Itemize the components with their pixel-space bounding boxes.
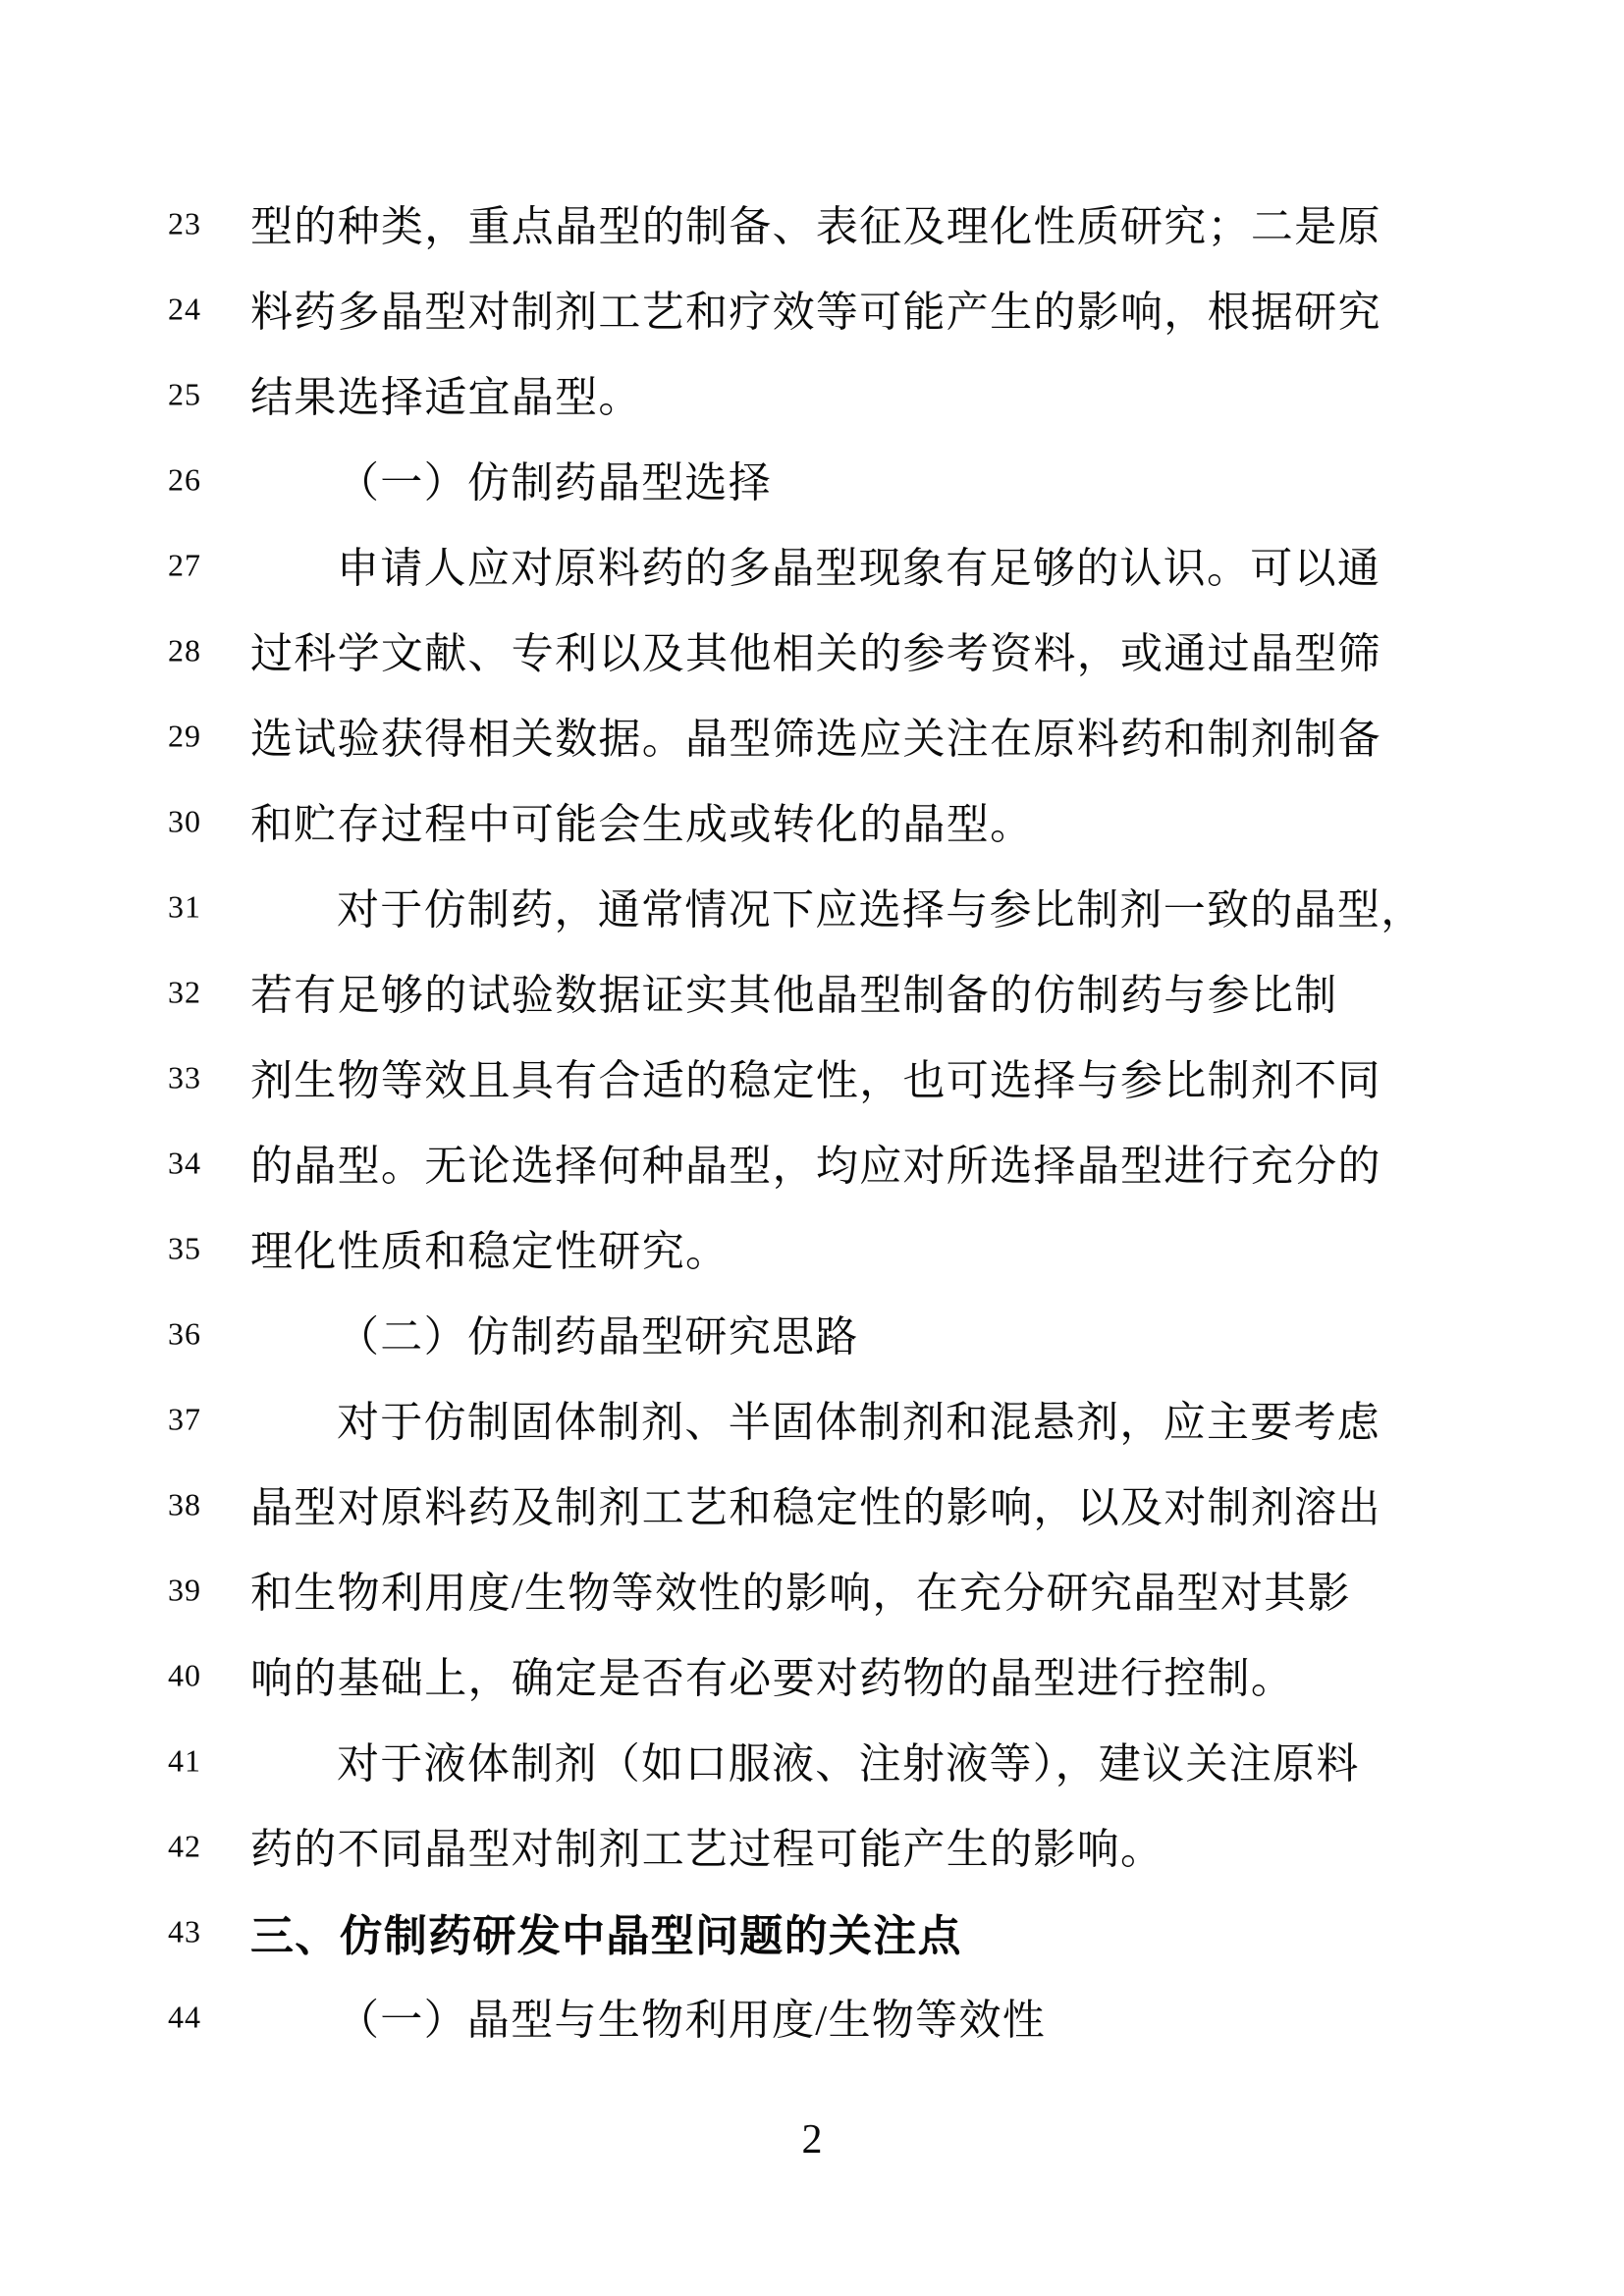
- text-line: 25 结果选择适宜晶型。: [0, 351, 1624, 437]
- text-line: 36 （二）仿制药晶型研究思路: [0, 1291, 1624, 1376]
- text-line: 42 药的不同晶型对制剂工艺过程可能产生的影响。: [0, 1803, 1624, 1889]
- line-number: 26: [168, 461, 201, 498]
- line-number: 27: [168, 547, 201, 583]
- line-text: 三、仿制药研发中晶型问题的关注点: [250, 1900, 962, 1963]
- text-line: 29 选试验获得相关数据。晶型筛选应关注在原料药和制剂制备: [0, 693, 1624, 778]
- text-lines: 23 型的种类，重点晶型的制备、表征及理化性质研究；二是原 24 料药多晶型对制…: [0, 181, 1624, 2059]
- line-text: 结果选择适宜晶型。: [250, 364, 642, 424]
- text-line: 30 和贮存过程中可能会生成或转化的晶型。: [0, 778, 1624, 864]
- line-text: 申请人应对原料药的多晶型现象有足够的认识。可以通: [337, 535, 1380, 595]
- line-number: 37: [168, 1401, 201, 1437]
- line-number: 35: [168, 1230, 201, 1266]
- line-text: 对于仿制固体制剂、半固体制剂和混悬剂，应主要考虑: [337, 1389, 1380, 1449]
- line-text: 晶型对原料药及制剂工艺和稳定性的影响，以及对制剂溶出: [250, 1474, 1381, 1534]
- document-page: 23 型的种类，重点晶型的制备、表征及理化性质研究；二是原 24 料药多晶型对制…: [0, 0, 1624, 2296]
- line-text: 药的不同晶型对制剂工艺过程可能产生的影响。: [250, 1816, 1164, 1876]
- line-text: 响的基础上，确定是否有必要对药物的晶型进行控制。: [250, 1645, 1294, 1705]
- line-text: 理化性质和稳定性研究。: [250, 1218, 729, 1278]
- line-number: 29: [168, 718, 201, 754]
- text-line: 28 过科学文献、专利以及其他相关的参考资料，或通过晶型筛: [0, 608, 1624, 693]
- text-line: 39 和生物利用度/生物等效性的影响，在充分研究晶型对其影: [0, 1547, 1624, 1632]
- line-number: 33: [168, 1059, 201, 1095]
- line-text: （一）仿制药晶型选择: [337, 450, 772, 509]
- text-line: 34 的晶型。无论选择何种晶型，均应对所选择晶型进行充分的: [0, 1120, 1624, 1205]
- line-text: （一）晶型与生物利用度/生物等效性: [337, 1987, 1046, 2047]
- text-line: 31 对于仿制药，通常情况下应选择与参比制剂一致的晶型，: [0, 864, 1624, 949]
- line-text: 和贮存过程中可能会生成或转化的晶型。: [250, 791, 1033, 851]
- line-text: 选试验获得相关数据。晶型筛选应关注在原料药和制剂制备: [250, 706, 1381, 766]
- text-line: 32 若有足够的试验数据证实其他晶型制备的仿制药与参比制: [0, 949, 1624, 1035]
- text-line: 35 理化性质和稳定性研究。: [0, 1205, 1624, 1291]
- line-text: 过科学文献、专利以及其他相关的参考资料，或通过晶型筛: [250, 620, 1381, 680]
- line-number: 43: [168, 1913, 201, 1949]
- line-number: 31: [168, 888, 201, 925]
- line-text: 对于仿制药，通常情况下应选择与参比制剂一致的晶型，: [337, 877, 1425, 936]
- text-line: 33 剂生物等效且具有合适的稳定性，也可选择与参比制剂不同: [0, 1035, 1624, 1120]
- line-text: 对于液体制剂（如口服液、注射液等），建议关注原料: [337, 1731, 1360, 1790]
- text-line: 37 对于仿制固体制剂、半固体制剂和混悬剂，应主要考虑: [0, 1376, 1624, 1462]
- text-line: 38 晶型对原料药及制剂工艺和稳定性的影响，以及对制剂溶出: [0, 1462, 1624, 1547]
- text-line: 40 响的基础上，确定是否有必要对药物的晶型进行控制。: [0, 1632, 1624, 1718]
- text-line: 27 申请人应对原料药的多晶型现象有足够的认识。可以通: [0, 522, 1624, 608]
- page-number: 2: [0, 2116, 1624, 2163]
- line-number: 40: [168, 1657, 201, 1693]
- line-text: 和生物利用度/生物等效性的影响，在充分研究晶型对其影: [250, 1560, 1351, 1620]
- line-text: 剂生物等效且具有合适的稳定性，也可选择与参比制剂不同: [250, 1047, 1381, 1107]
- line-number: 23: [168, 205, 201, 241]
- text-line: 44 （一）晶型与生物利用度/生物等效性: [0, 1974, 1624, 2059]
- text-line: 24 料药多晶型对制剂工艺和疗效等可能产生的影响，根据研究: [0, 266, 1624, 351]
- line-number: 28: [168, 632, 201, 668]
- line-number: 39: [168, 1572, 201, 1608]
- line-text: 若有足够的试验数据证实其他晶型制备的仿制药与参比制: [250, 962, 1338, 1022]
- line-number: 32: [168, 974, 201, 1010]
- line-number: 30: [168, 803, 201, 839]
- line-text: 的晶型。无论选择何种晶型，均应对所选择晶型进行充分的: [250, 1133, 1381, 1193]
- line-number: 38: [168, 1486, 201, 1522]
- text-line: 23 型的种类，重点晶型的制备、表征及理化性质研究；二是原: [0, 181, 1624, 266]
- line-text: 料药多晶型对制剂工艺和疗效等可能产生的影响，根据研究: [250, 279, 1381, 339]
- line-number: 25: [168, 376, 201, 412]
- line-number: 24: [168, 291, 201, 327]
- line-number: 44: [168, 1999, 201, 2035]
- line-text: （二）仿制药晶型研究思路: [337, 1304, 859, 1363]
- line-number: 42: [168, 1828, 201, 1864]
- line-number: 34: [168, 1145, 201, 1181]
- line-number: 36: [168, 1315, 201, 1352]
- text-line: 43 三、仿制药研发中晶型问题的关注点: [0, 1889, 1624, 1974]
- line-number: 41: [168, 1742, 201, 1779]
- line-text: 型的种类，重点晶型的制备、表征及理化性质研究；二是原: [250, 193, 1381, 253]
- text-line: 41 对于液体制剂（如口服液、注射液等），建议关注原料: [0, 1718, 1624, 1803]
- text-line: 26 （一）仿制药晶型选择: [0, 437, 1624, 522]
